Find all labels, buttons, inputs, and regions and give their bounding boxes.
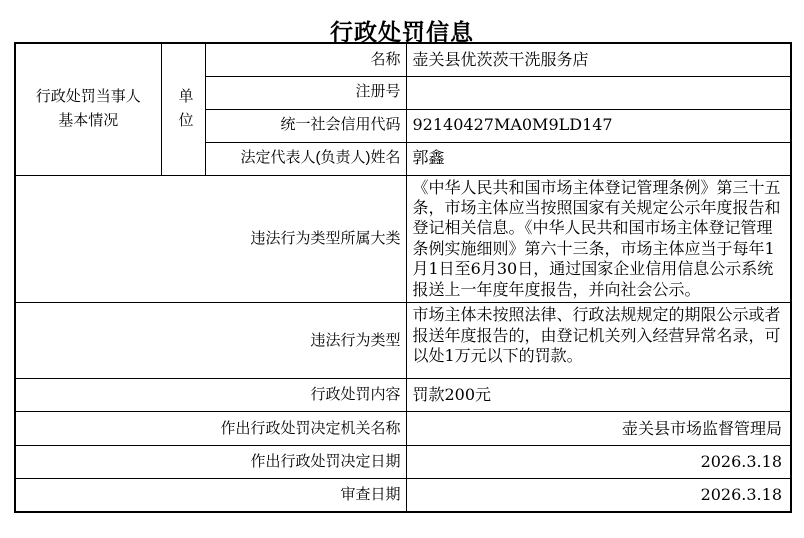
credit-code-value: 92140427MA0M9LD147: [406, 109, 791, 142]
name-label: 名称: [205, 43, 406, 76]
legal-representative-value: 郭鑫: [406, 142, 791, 175]
review-date-label: 审查日期: [15, 479, 406, 512]
legal-representative-label: 法定代表人(负责人)姓名: [205, 142, 406, 175]
decision-authority-label: 作出行政处罚决定机关名称: [15, 412, 406, 446]
table-row-decision-authority: 作出行政处罚决定机关名称 壶关县市场监督管理局: [15, 412, 791, 446]
credit-code-label: 统一社会信用代码: [205, 109, 406, 142]
unit-type-label: 单位: [161, 43, 205, 175]
table-row-violation-type: 违法行为类型 市场主体未按照法律、行政法规规定的期限公示或者报送年度报告的，由登…: [15, 303, 791, 379]
registration-number-label: 注册号: [205, 76, 406, 109]
penalty-table: 行政处罚当事人基本情况 单位 名称 壶关县优茨茨干洗服务店 注册号 统一社会信用…: [14, 42, 792, 513]
penalty-content-value: 罚款200元: [406, 379, 791, 412]
violation-category-label: 违法行为类型所属大类: [15, 175, 406, 303]
table-row-review-date: 审查日期 2026.3.18: [15, 479, 791, 512]
page-title: 行政处罚信息: [0, 0, 804, 42]
decision-authority-value: 壶关县市场监督管理局: [406, 412, 791, 446]
violation-category-value: 《中华人民共和国市场主体登记管理条例》第三十五条，市场主体应当按照国家有关规定公…: [406, 175, 791, 303]
table-row-name: 行政处罚当事人基本情况 单位 名称 壶关县优茨茨干洗服务店: [15, 43, 791, 76]
penalty-info-document: 行政处罚信息 行政处罚当事人基本情况 单位 名称 壶关县优茨茨干洗服务店 注册号…: [0, 0, 804, 538]
table-row-decision-date: 作出行政处罚决定日期 2026.3.18: [15, 446, 791, 479]
violation-type-label: 违法行为类型: [15, 303, 406, 379]
registration-number-value: [406, 76, 791, 109]
table-row-penalty-content: 行政处罚内容 罚款200元: [15, 379, 791, 412]
name-value: 壶关县优茨茨干洗服务店: [406, 43, 791, 76]
review-date-value: 2026.3.18: [406, 479, 791, 512]
decision-date-label: 作出行政处罚决定日期: [15, 446, 406, 479]
penalty-content-label: 行政处罚内容: [15, 379, 406, 412]
violation-type-value: 市场主体未按照法律、行政法规规定的期限公示或者报送年度报告的，由登记机关列入经营…: [406, 303, 791, 379]
party-section-header: 行政处罚当事人基本情况: [15, 43, 161, 175]
decision-date-value: 2026.3.18: [406, 446, 791, 479]
table-row-violation-category: 违法行为类型所属大类 《中华人民共和国市场主体登记管理条例》第三十五条，市场主体…: [15, 175, 791, 303]
